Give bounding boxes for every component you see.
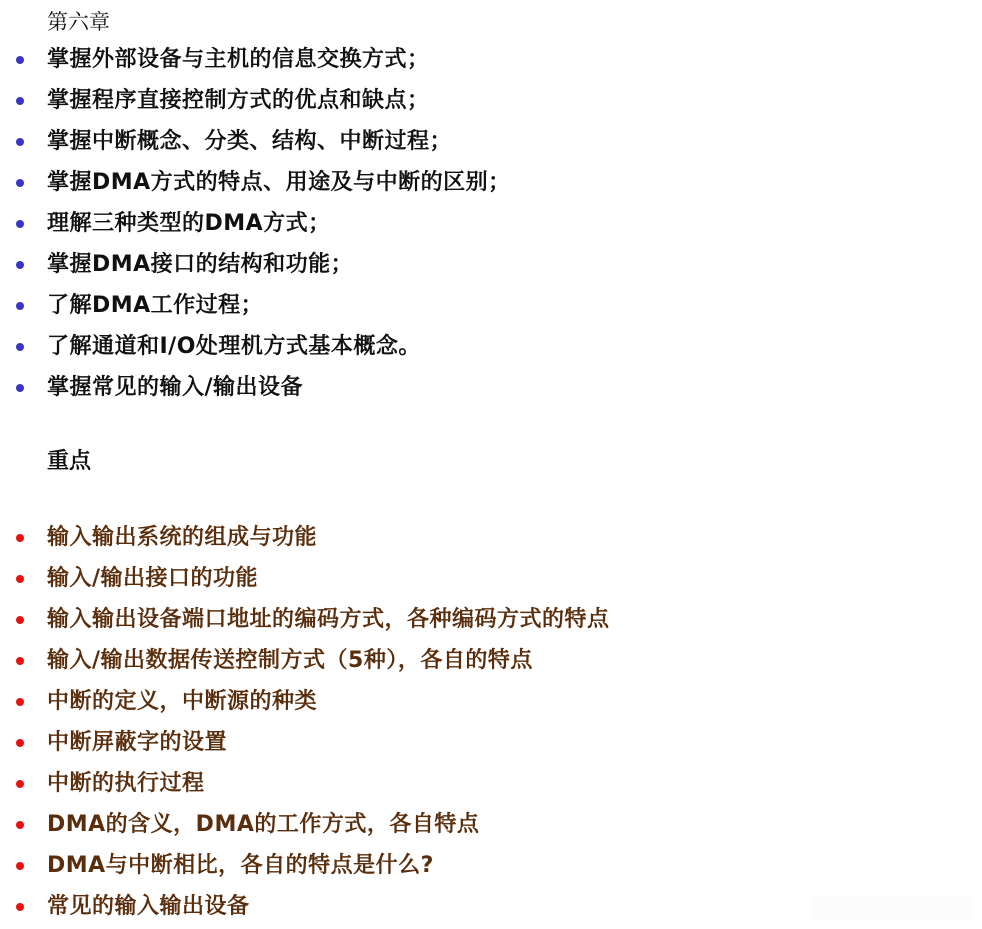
- bullet-icon: [16, 534, 24, 542]
- bullet-icon: [16, 343, 24, 351]
- bullet-icon: [16, 56, 24, 64]
- bullet-icon: [16, 575, 24, 583]
- faint-watermark-area: [812, 896, 972, 920]
- bullet-icon: [16, 302, 24, 310]
- bullet-icon: [16, 97, 24, 105]
- bullet-icon: [16, 903, 24, 911]
- bullet-icon: [16, 616, 24, 624]
- bullet-icon: [16, 862, 24, 870]
- bullet-icon: [16, 657, 24, 665]
- bullet-icon: [16, 780, 24, 788]
- key-points-heading: 重点: [47, 444, 91, 475]
- bullet-icon: [16, 261, 24, 269]
- bullet-icon: [16, 220, 24, 228]
- chapter-title: 第六章: [47, 6, 110, 36]
- bullet-icon: [16, 384, 24, 392]
- bullet-icon: [16, 698, 24, 706]
- bullet-icon: [16, 179, 24, 187]
- bullet-icon: [16, 739, 24, 747]
- bullet-icon: [16, 821, 24, 829]
- bullet-icon: [16, 138, 24, 146]
